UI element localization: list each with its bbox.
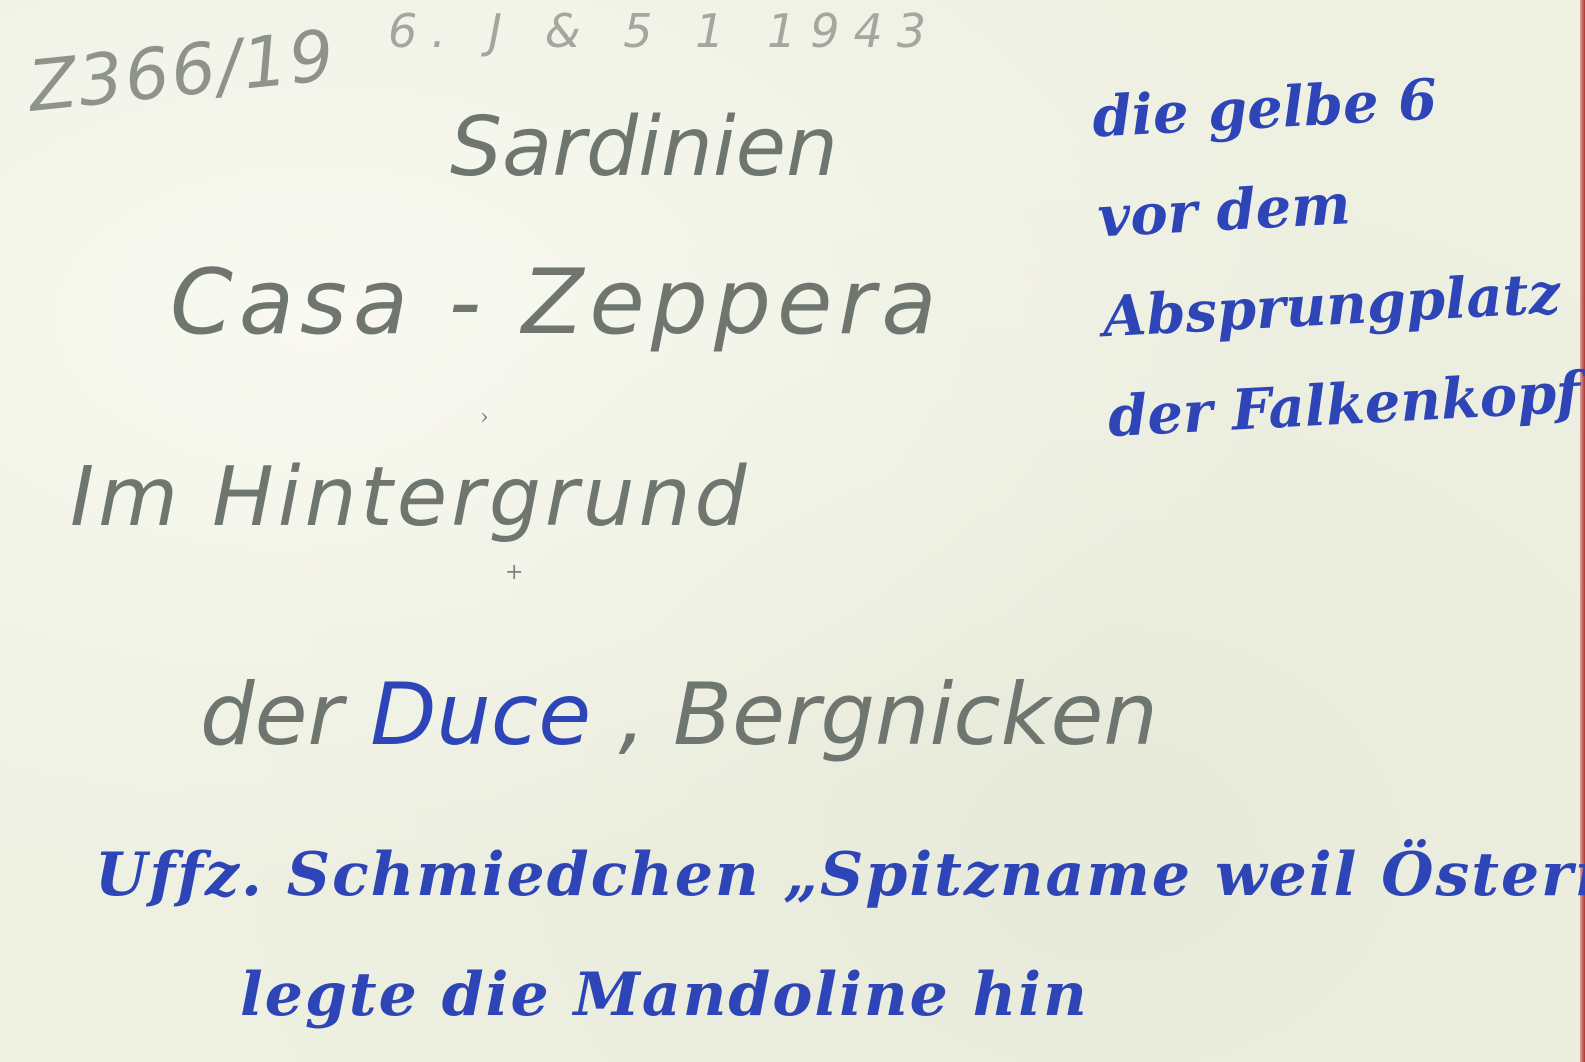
pencil-mark-cross: +	[505, 560, 523, 585]
nickname-note-line-2: legte die Mandoline hin	[240, 960, 1089, 1030]
pencil-mark: ›	[480, 405, 489, 430]
location-name: Casa - Zeppera	[170, 250, 943, 355]
duce-caption-part1: der	[200, 665, 370, 765]
place-name: Sardinien	[450, 100, 838, 195]
duce-caption-ink: Duce	[370, 665, 591, 765]
duce-caption-part2: , Bergnicken	[591, 665, 1158, 765]
plane-note: die gelbe 6 vor dem Absprungplatz der Fa…	[1090, 43, 1583, 467]
nickname-note-line-1: Uffz. Schmiedchen „Spitzname weil Österr…	[95, 840, 1585, 910]
archive-number: Z366/19	[25, 14, 340, 128]
photo-back-card: Z366/19 6. J & 5 1 1943 Sardinien Casa -…	[0, 0, 1585, 1062]
duce-caption: der Duce , Bergnicken	[200, 665, 1158, 765]
background-caption: Im Hintergrund	[70, 450, 751, 545]
reference-code: 6. J & 5 1 1943	[388, 4, 940, 58]
